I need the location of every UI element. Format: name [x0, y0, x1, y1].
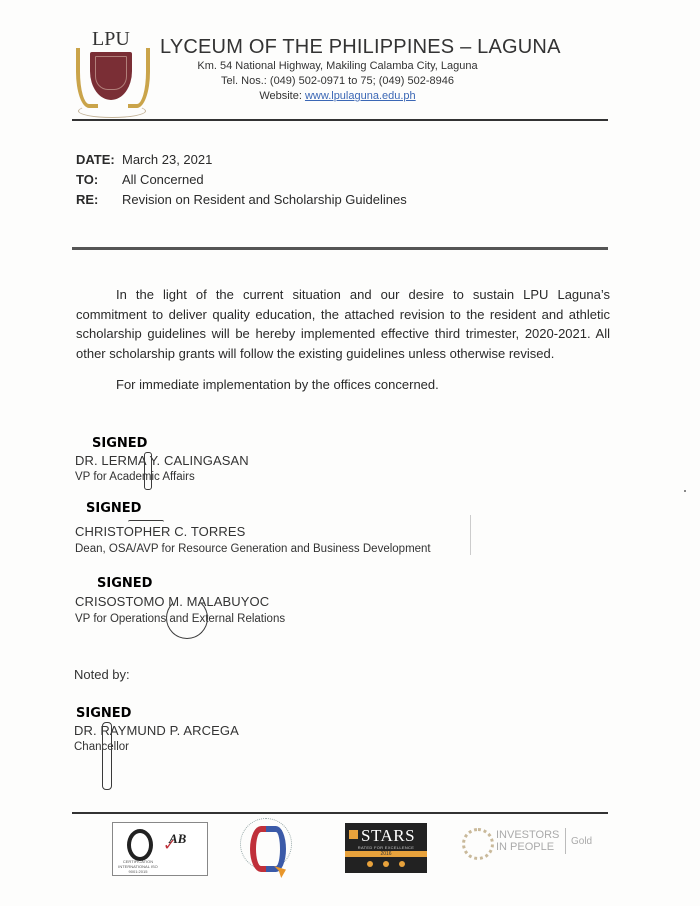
wreath-icon	[462, 828, 494, 860]
scan-artifact	[684, 490, 686, 492]
iip-level: Gold	[571, 836, 592, 847]
q-right-icon	[266, 826, 286, 872]
to-label: TO:	[76, 172, 122, 187]
shield-icon	[90, 52, 132, 100]
memo-divider	[72, 247, 608, 250]
iip-text: INVESTORS IN PEOPLE	[496, 829, 566, 853]
signature-mark	[102, 722, 112, 790]
phone-numbers: Tel. Nos.: (049) 502-0971 to 75; (049) 5…	[160, 75, 515, 87]
footer-divider	[72, 812, 608, 814]
chancellor-name: DR. RAYMUND P. ARCEGA	[74, 723, 239, 738]
cert-text: CERTIFICATION INTERNATIONAL ISO 9001:201…	[115, 859, 161, 874]
date-label: DATE:	[76, 152, 122, 167]
org-name: LYCEUM OF THE PHILIPPINES – LAGUNA	[160, 36, 561, 59]
noted-by-label: Noted by:	[74, 667, 130, 682]
signature-mark	[128, 520, 164, 524]
body-paragraph-2: For immediate implementation by the offi…	[116, 377, 439, 392]
website-link[interactable]: www.lpulaguna.edu.ph	[305, 90, 416, 102]
stars-title: STARS	[361, 826, 415, 845]
signed-stamp: SIGNED	[97, 576, 152, 591]
signatory-name: DR. LERMA Y. CALINGASAN	[75, 453, 249, 468]
memo-re-row: RE:Revision on Resident and Scholarship …	[76, 192, 407, 207]
signed-stamp: SIGNED	[76, 706, 131, 721]
signature-mark	[166, 597, 208, 639]
header-divider	[72, 119, 608, 121]
signatory-name: CHRISTOPHER C. TORRES	[75, 524, 245, 539]
star-dots-icon	[345, 861, 427, 867]
website-label: Website:	[259, 90, 302, 102]
iso-certification-logo: CERTIFICATION INTERNATIONAL ISO 9001:201…	[112, 822, 208, 876]
memo-to-row: TO:All Concerned	[76, 172, 204, 187]
signed-stamp: SIGNED	[92, 436, 147, 451]
re-value: Revision on Resident and Scholarship Gui…	[122, 192, 407, 207]
re-label: RE:	[76, 192, 122, 207]
signature-mark	[144, 452, 152, 490]
signed-stamp: SIGNED	[86, 501, 141, 516]
quality-award-logo	[240, 818, 296, 878]
pab-text: AB	[169, 831, 186, 847]
signatory-title: VP for Academic Affairs	[75, 471, 195, 483]
stars-square-icon	[349, 830, 358, 839]
stars-subtitle: RATED FOR EXCELLENCE	[349, 845, 423, 850]
address: Km. 54 National Highway, Makiling Calamb…	[160, 60, 515, 72]
certification-o-icon	[127, 829, 153, 861]
stars-rating-logo: STARS RATED FOR EXCELLENCE 2016	[345, 823, 427, 873]
date-value: March 23, 2021	[122, 152, 212, 167]
website-line: Website: www.lpulaguna.edu.ph	[160, 90, 515, 102]
memo-date-row: DATE:March 23, 2021	[76, 152, 212, 167]
scan-artifact	[470, 515, 471, 555]
lpu-crest-logo: LPU	[68, 28, 148, 120]
body-paragraph-1: In the light of the current situation an…	[76, 285, 610, 363]
signatory-title: Dean, OSA/AVP for Resource Generation an…	[75, 543, 431, 555]
to-value: All Concerned	[122, 172, 204, 187]
stars-year: 2016	[345, 851, 427, 857]
ribbon-icon	[78, 104, 146, 118]
